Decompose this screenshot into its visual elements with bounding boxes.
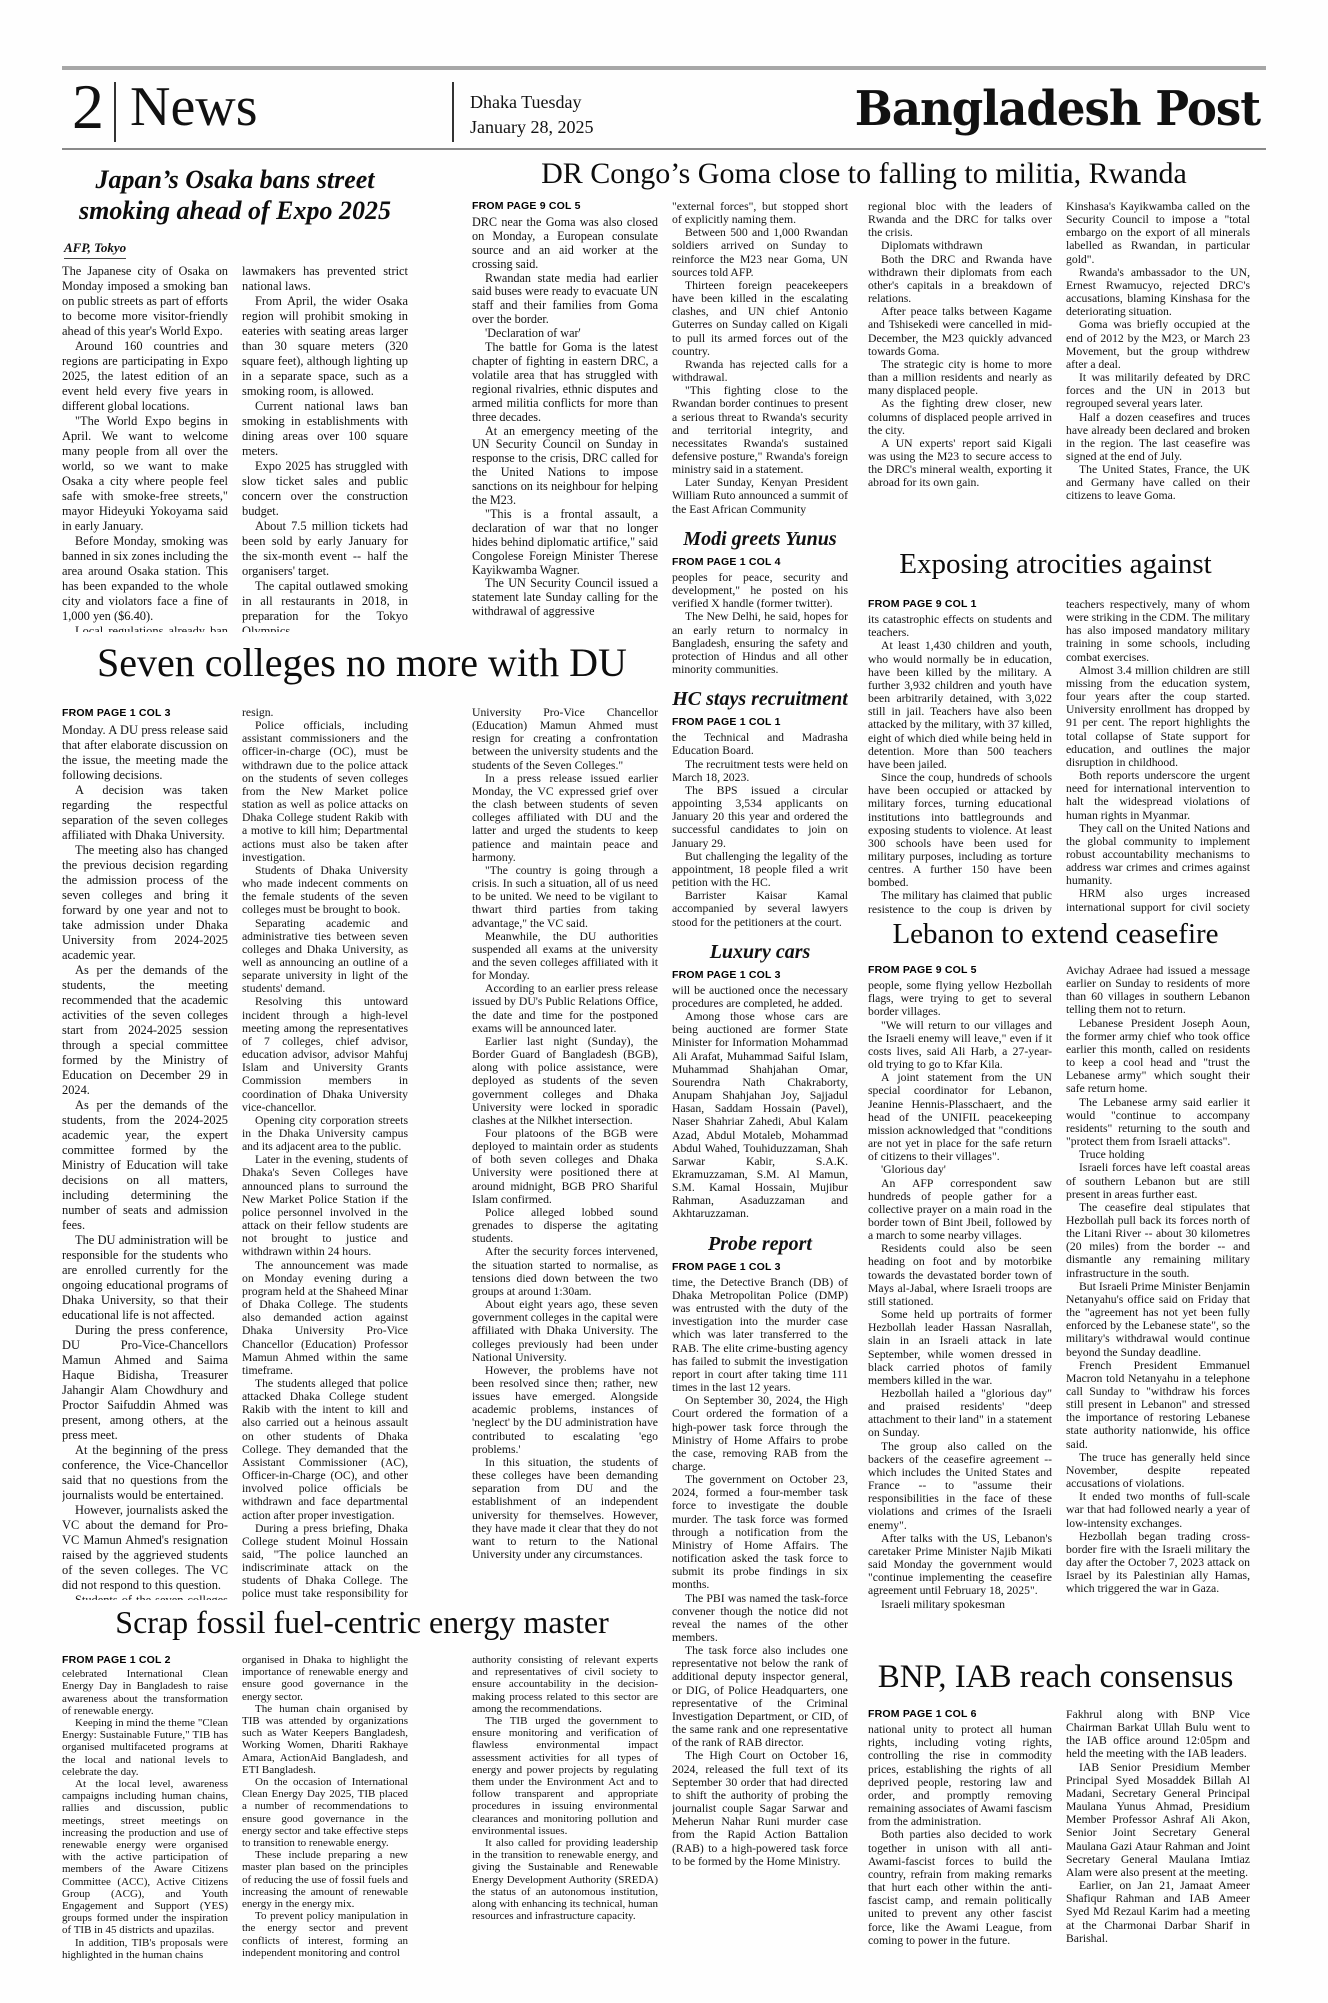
paragraph: After talks with the US, Lebanon's caret… (868, 1532, 1052, 1598)
paragraph: The students alleged that police attacke… (242, 1377, 408, 1522)
paragraph: Almost 3.4 million children are still mi… (1066, 664, 1250, 769)
top-rule (62, 66, 1266, 70)
paragraph: In a press release issued earlier Monday… (472, 772, 658, 864)
brief-probe: Probe report FROM PAGE 1 COL 3 time, the… (672, 1233, 848, 1868)
newspaper-page: 2 News Dhaka Tuesday January 28, 2025 Ba… (0, 0, 1328, 2003)
paragraph: The capital outlawed smoking in all rest… (242, 579, 408, 632)
paragraph: time, the Detective Branch (DB) of Dhaka… (672, 1276, 848, 1394)
paragraph: It also called for providing leadership … (472, 1837, 658, 1922)
paragraph: Residents could also be seen heading on … (868, 1242, 1052, 1308)
paragraph: Students of Dhaka University who made in… (242, 864, 408, 917)
paragraph: The strategic city is home to more than … (868, 358, 1052, 397)
paragraph: will be auctioned once the necessary pro… (672, 984, 848, 1010)
exposing-col-1: FROM PAGE 9 COL 1 its catastrophic effec… (868, 598, 1052, 916)
header-bottom-rule (62, 148, 1266, 150)
paragraph: "The World Expo begins in April. We want… (62, 414, 228, 534)
exposing-headline: Exposing atrocities against (845, 546, 1266, 582)
paragraph: "The country is going through a crisis. … (472, 864, 658, 930)
paragraph: It was militarily defeated by DRC forces… (1066, 371, 1250, 410)
paragraph: Israeli military spokesman (868, 1598, 1052, 1611)
date-line-2: January 28, 2025 (470, 115, 593, 140)
brief-modi: Modi greets Yunus FROM PAGE 1 COL 4 peop… (672, 528, 848, 676)
paragraph: During a press briefing, Dhaka College s… (242, 1522, 408, 1600)
paragraph: The government on October 23, 2024, form… (672, 1473, 848, 1591)
lebanon-col-2: Avichay Adraee had issued a message earl… (1066, 964, 1250, 1642)
drcongo-col-3: regional bloc with the leaders of Rwanda… (868, 200, 1052, 546)
seven-col-1: FROM PAGE 1 COL 3 Monday. A DU press rel… (62, 706, 228, 1600)
paragraph: University Pro-Vice Chancellor (Educatio… (472, 706, 658, 772)
scrap-headline: Scrap fossil fuel-centric energy master (62, 1602, 662, 1642)
paragraph: In addition, TIB's proposals were highli… (62, 1937, 228, 1961)
paragraph: Keeping in mind the theme "Clean Energy:… (62, 1717, 228, 1778)
probe-kicker: FROM PAGE 1 COL 3 (672, 1261, 848, 1274)
paragraph: As per the demands of the students, the … (62, 963, 228, 1098)
osaka-col-2: lawmakers has prevented strict national … (242, 264, 408, 632)
paragraph: The United States, France, the UK and Ge… (1066, 463, 1250, 502)
paragraph: Kinshasa's Kayikwamba called on the Secu… (1066, 200, 1250, 266)
paragraph: "This fighting close to the Rwandan bord… (672, 384, 848, 476)
paragraph: Earlier last night (Sunday), the Border … (472, 1035, 658, 1127)
lebanon-kicker: FROM PAGE 9 COL 5 (868, 964, 1052, 977)
paragraph: lawmakers has prevented strict national … (242, 264, 408, 294)
masthead: Bangladesh Post (700, 83, 1260, 136)
paragraph: Some held up portraits of former Hezboll… (868, 1308, 1052, 1387)
paragraph: Expo 2025 has struggled with slow ticket… (242, 459, 408, 519)
paragraph: The New Delhi, he said, hopes for an ear… (672, 610, 848, 676)
drcongo-kicker: FROM PAGE 9 COL 5 (472, 200, 658, 214)
paragraph: Half a dozen ceasefires and truces have … (1066, 411, 1250, 464)
hc-kicker: FROM PAGE 1 COL 1 (672, 716, 848, 729)
osaka-headline: Japan’s Osaka bans street smoking ahead … (62, 164, 408, 226)
paragraph: teachers respectively, many of whom were… (1066, 598, 1250, 664)
paragraph: The human chain organised by TIB was att… (242, 1703, 408, 1776)
paragraph: Local regulations already ban smoking wh… (62, 624, 228, 632)
paragraph: Monday. A DU press release said that aft… (62, 723, 228, 783)
paragraph: Thirteen foreign peacekeepers have been … (672, 279, 848, 358)
scrap-col-3: authority consisting of relevant experts… (472, 1654, 658, 2000)
paragraph: A UN experts' report said Kigali was usi… (868, 437, 1052, 490)
paragraph: In this situation, the students of these… (472, 1456, 658, 1561)
paragraph: Later Sunday, Kenyan President William R… (672, 476, 848, 515)
paragraph: At the beginning of the press conference… (62, 1443, 228, 1503)
paragraph: The task force also includes one represe… (672, 1644, 848, 1749)
seven-headline: Seven colleges no more with DU (62, 638, 662, 688)
brief-luxury: Luxury cars FROM PAGE 1 COL 3 will be au… (672, 941, 848, 1221)
luxury-headline: Luxury cars (672, 941, 848, 963)
paragraph: The meeting also has changed the previou… (62, 843, 228, 963)
probe-headline: Probe report (672, 1233, 848, 1255)
paragraph: "This is a frontal assault, a declaratio… (472, 508, 658, 578)
paragraph: Opening city corporation streets in the … (242, 1114, 408, 1153)
lebanon-headline: Lebanon to extend ceasefire (845, 916, 1266, 952)
briefs-column: "external forces", but stopped short of … (672, 200, 848, 2000)
paragraph: The battle for Goma is the latest chapte… (472, 341, 658, 424)
bnp-col-1: FROM PAGE 1 COL 6 national unity to prot… (868, 1708, 1052, 2000)
paragraph: Earlier, on Jan 21, Jamaat Ameer Shafiqu… (1066, 1879, 1250, 1945)
paragraph: The group also called on the backers of … (868, 1440, 1052, 1532)
section-name: News (130, 76, 258, 138)
paragraph: The Japanese city of Osaka on Monday imp… (62, 264, 228, 339)
paragraph: The TIB urged the government to ensure m… (472, 1715, 658, 1837)
paragraph: its catastrophic effects on students and… (868, 613, 1052, 639)
lebanon-col-1: FROM PAGE 9 COL 5 people, some flying ye… (868, 964, 1052, 1656)
paragraph: The UN Security Council issued a stateme… (472, 577, 658, 619)
header-divider (452, 82, 454, 142)
paragraph: Rwanda's ambassador to the UN, Ernest Rw… (1066, 266, 1250, 319)
paragraph: The announcement was made on Monday even… (242, 1259, 408, 1377)
paragraph: Meanwhile, the DU authorities suspended … (472, 930, 658, 983)
paragraph: DRC near the Goma was also closed on Mon… (472, 216, 658, 272)
seven-kicker: FROM PAGE 1 COL 3 (62, 706, 228, 721)
paragraph: organised in Dhaka to highlight the impo… (242, 1654, 408, 1703)
paragraph: Both the DRC and Rwanda have withdrawn t… (868, 253, 1052, 306)
luxury-kicker: FROM PAGE 1 COL 3 (672, 969, 848, 982)
paragraph: After the security forces intervened, th… (472, 1245, 658, 1298)
paragraph: regional bloc with the leaders of Rwanda… (868, 200, 1052, 239)
bnp-headline: BNP, IAB reach consensus (845, 1656, 1266, 1698)
paragraph: Lebanese President Joseph Aoun, the form… (1066, 1017, 1250, 1096)
paragraph: Since the coup, hundreds of schools have… (868, 771, 1052, 889)
paragraph: Both parties also decided to work togeth… (868, 1828, 1052, 1946)
modi-headline: Modi greets Yunus (672, 528, 848, 550)
osaka-byline: AFP, Tokyo (64, 240, 126, 259)
paragraph: From April, the wider Osaka region will … (242, 294, 408, 399)
paragraph: Barrister Kaisar Kamal accompanied by se… (672, 889, 848, 928)
paragraph: A decision was taken regarding the respe… (62, 783, 228, 843)
paragraph: Hezbollah hailed a "glorious day" and pr… (868, 1387, 1052, 1440)
osaka-col-1: The Japanese city of Osaka on Monday imp… (62, 264, 228, 632)
paragraph: They call on the United Nations and the … (1066, 822, 1250, 888)
paragraph: An AFP correspondent saw hundreds of peo… (868, 1177, 1052, 1243)
paragraph: Israeli forces have left coastal areas o… (1066, 1161, 1250, 1200)
bnp-kicker: FROM PAGE 1 COL 6 (868, 1708, 1052, 1721)
paragraph: Four platoons of the BGB were deployed t… (472, 1127, 658, 1206)
paragraph: As the fighting drew closer, new columns… (868, 397, 1052, 436)
paragraph: Goma was briefly occupied at the end of … (1066, 318, 1250, 371)
paragraph: Diplomats withdrawn (868, 239, 1052, 252)
brief-hc: HC stays recruitment FROM PAGE 1 COL 1 t… (672, 688, 848, 929)
paragraph: To prevent policy manipulation in the en… (242, 1910, 408, 1959)
paragraph: But Israeli Prime Minister Benjamin Neta… (1066, 1280, 1250, 1359)
paragraph: the Technical and Madrasha Education Boa… (672, 731, 848, 757)
scrap-kicker: FROM PAGE 1 COL 2 (62, 1654, 228, 1666)
paragraph: The military has claimed that public res… (868, 889, 1052, 916)
paragraph: The High Court on October 16, 2024, rele… (672, 1749, 848, 1867)
paragraph: Police alleged lobbed sound grenades to … (472, 1206, 658, 1245)
paragraph: French President Emmanuel Macron told Ne… (1066, 1359, 1250, 1451)
seven-col-2: resign.Police officials, including assis… (242, 706, 408, 1600)
paragraph: However, the problems have not been reso… (472, 1364, 658, 1456)
paragraph: As per the demands of the students, from… (62, 1098, 228, 1233)
date-block: Dhaka Tuesday January 28, 2025 (470, 90, 593, 140)
paragraph: Police officials, including assistant co… (242, 719, 408, 864)
drcongo-col-2: "external forces", but stopped short of … (672, 200, 848, 516)
paragraph: It ended two months of full-scale war th… (1066, 1490, 1250, 1529)
paragraph: Before Monday, smoking was banned in six… (62, 534, 228, 624)
scrap-col-1: FROM PAGE 1 COL 2 celebrated Internation… (62, 1654, 228, 2000)
paragraph: About eight years ago, these seven gover… (472, 1298, 658, 1364)
paragraph: people, some flying yellow Hezbollah fla… (868, 979, 1052, 1018)
paragraph: Hezbollah began trading cross-border fir… (1066, 1530, 1250, 1596)
paragraph: The BPS issued a circular appointing 3,5… (672, 784, 848, 850)
exposing-kicker: FROM PAGE 9 COL 1 (868, 598, 1052, 611)
paragraph: Later in the evening, students of Dhaka'… (242, 1153, 408, 1258)
paragraph: "external forces", but stopped short of … (672, 200, 848, 226)
scrap-col-2: organised in Dhaka to highlight the impo… (242, 1654, 408, 2000)
paragraph: resign. (242, 706, 408, 719)
paragraph: According to an earlier press release is… (472, 982, 658, 1035)
paragraph: national unity to protect all human righ… (868, 1723, 1052, 1828)
date-line-1: Dhaka Tuesday (470, 90, 593, 115)
paragraph: Between 500 and 1,000 Rwandan soldiers a… (672, 226, 848, 279)
paragraph: peoples for peace, security and developm… (672, 571, 848, 610)
seven-col-3: University Pro-Vice Chancellor (Educatio… (472, 706, 658, 1596)
paragraph: At least 1,430 children and youth, who w… (868, 639, 1052, 771)
paragraph: Rwandan state media had earlier said bus… (472, 272, 658, 328)
drcongo-headline: DR Congo’s Goma close to falling to mili… (462, 156, 1266, 192)
paragraph: At an emergency meeting of the UN Securi… (472, 425, 658, 508)
paragraph: Avichay Adraee had issued a message earl… (1066, 964, 1250, 1017)
paragraph: The ceasefire deal stipulates that Hezbo… (1066, 1201, 1250, 1280)
paragraph: These include preparing a new master pla… (242, 1849, 408, 1910)
paragraph: But challenging the legality of the appo… (672, 850, 848, 889)
hc-headline: HC stays recruitment (672, 688, 848, 710)
paragraph: 'Declaration of war' (472, 327, 658, 341)
paragraph: celebrated International Clean Energy Da… (62, 1668, 228, 1717)
paragraph: IAB Senior Presidium Member Principal Sy… (1066, 1761, 1250, 1879)
exposing-col-2: teachers respectively, many of whom were… (1066, 598, 1250, 916)
paragraph: authority consisting of relevant experts… (472, 1654, 658, 1715)
paragraph: "We will return to our villages and the … (868, 1019, 1052, 1072)
paragraph: Among those whose cars are being auction… (672, 1010, 848, 1221)
drcongo-col-1: FROM PAGE 9 COL 5 DRC near the Goma was … (472, 200, 658, 638)
paragraph: On the occasion of International Clean E… (242, 1776, 408, 1849)
paragraph: Truce holding (1066, 1148, 1250, 1161)
paragraph: The PBI was named the task-force convene… (672, 1592, 848, 1645)
paragraph: HRM also urges increased international s… (1066, 887, 1250, 916)
paragraph: 'Glorious day' (868, 1163, 1052, 1176)
paragraph: The Lebanese army said earlier it would … (1066, 1096, 1250, 1149)
drcongo-col-4: Kinshasa's Kayikwamba called on the Secu… (1066, 200, 1250, 546)
paragraph: Fakhrul along with BNP Vice Chairman Bar… (1066, 1708, 1250, 1761)
paragraph: A joint statement from the UN special co… (868, 1071, 1052, 1163)
paragraph: Resolving this untoward incident through… (242, 995, 408, 1113)
header-divider (114, 82, 116, 142)
bnp-col-2: Fakhrul along with BNP Vice Chairman Bar… (1066, 1708, 1250, 2000)
paragraph: The truce has generally held since Novem… (1066, 1451, 1250, 1490)
page-number: 2 (72, 74, 104, 140)
paragraph: Separating academic and administrative t… (242, 917, 408, 996)
paragraph: At the local level, awareness campaigns … (62, 1778, 228, 1937)
paragraph: After peace talks between Kagame and Tsh… (868, 305, 1052, 358)
paragraph: The recruitment tests were held on March… (672, 758, 848, 784)
paragraph: On September 30, 2024, the High Court or… (672, 1394, 848, 1473)
paragraph: During the press conference, DU Pro-Vice… (62, 1323, 228, 1443)
paragraph: About 7.5 million tickets had been sold … (242, 519, 408, 579)
paragraph: However, journalists asked the VC about … (62, 1503, 228, 1593)
paragraph: Current national laws ban smoking in est… (242, 399, 408, 459)
paragraph: Both reports underscore the urgent need … (1066, 769, 1250, 822)
paragraph: Around 160 countries and regions are par… (62, 339, 228, 414)
paragraph: Students of the seven colleges gave a fo… (62, 1593, 228, 1600)
paragraph: The DU administration will be responsibl… (62, 1233, 228, 1323)
paragraph: Rwanda has rejected calls for a withdraw… (672, 358, 848, 384)
modi-kicker: FROM PAGE 1 COL 4 (672, 556, 848, 569)
